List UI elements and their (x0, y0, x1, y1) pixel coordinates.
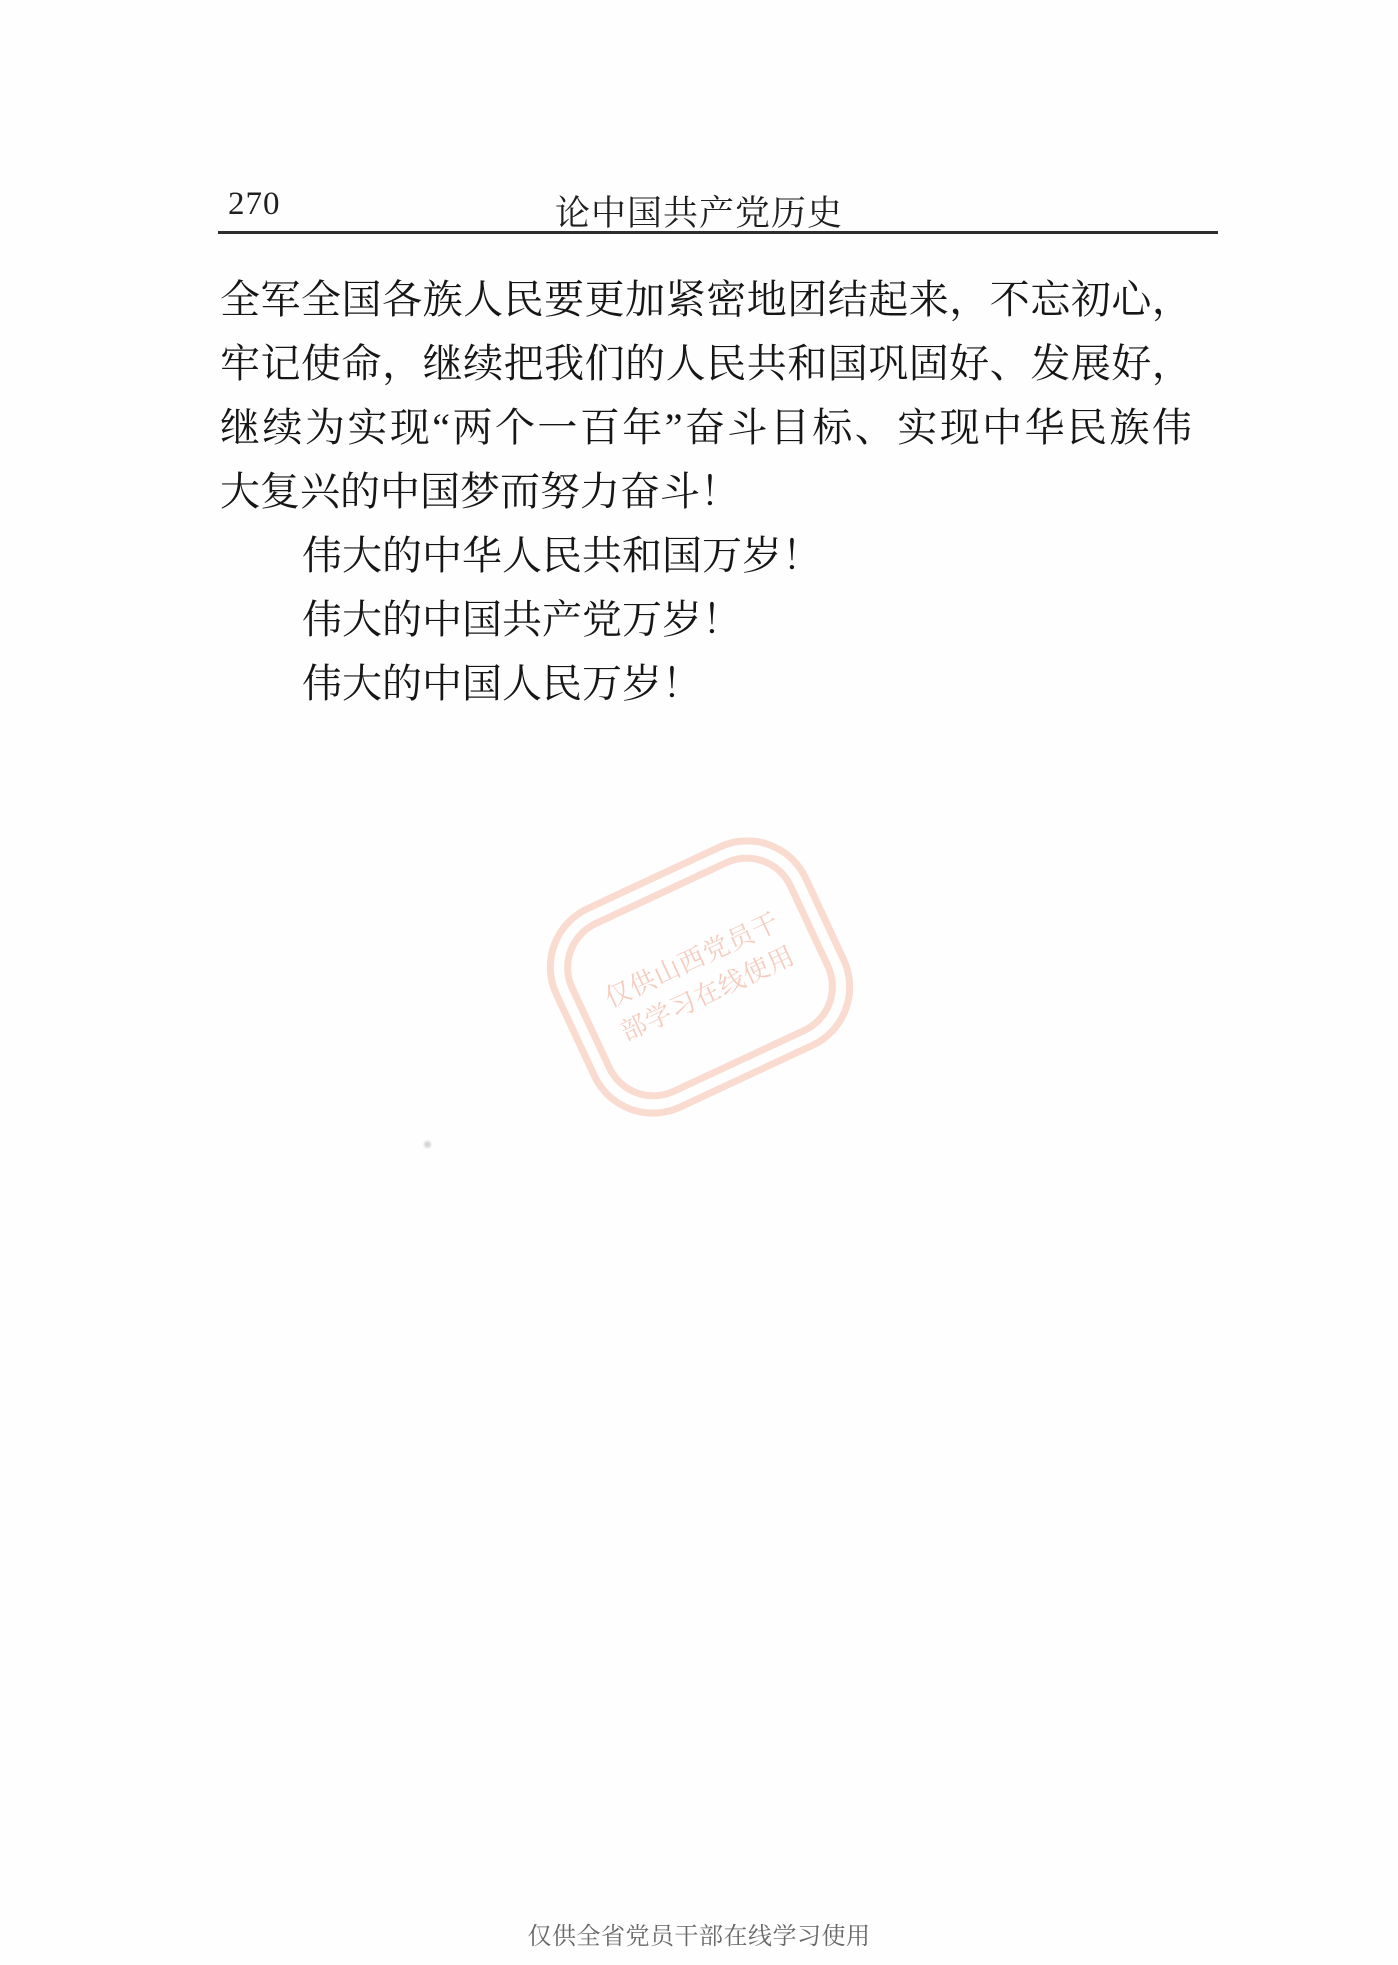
watermark-text-line2: 部学习在线使用 (572, 917, 843, 1070)
body-line: 大复兴的中国梦而努力奋斗！ (220, 460, 1192, 524)
header-rule (218, 231, 1218, 234)
body-text: 全军全国各族人民要更加紧密地团结起来，不忘初心， 牢记使命，继续把我们的人民共和… (220, 268, 1192, 716)
watermark-text-line1: 仅供山西党员干 (557, 884, 828, 1037)
footer-notice: 仅供全省党员干部在线学习使用 (0, 1916, 1398, 1951)
book-title: 论中国共产党历史 (0, 186, 1398, 236)
watermark-stamp: 仅供山西党员干 部学习在线使用 (524, 815, 875, 1139)
body-line-slogan: 伟大的中华人民共和国万岁！ (220, 524, 1192, 588)
watermark-inner-border (547, 838, 853, 1117)
book-page: 270 论中国共产党历史 全军全国各族人民要更加紧密地团结起来，不忘初心， 牢记… (0, 0, 1398, 1965)
body-line-slogan: 伟大的中国共产党万岁！ (220, 588, 1192, 652)
body-line-slogan: 伟大的中国人民万岁！ (220, 652, 1192, 716)
body-line: 继续为实现“两个一百年”奋斗目标、实现中华民族伟 (220, 396, 1192, 460)
watermark-text: 仅供山西党员干 部学习在线使用 (557, 884, 844, 1070)
body-line: 牢记使命，继续把我们的人民共和国巩固好、发展好， (220, 332, 1192, 396)
body-line: 全军全国各族人民要更加紧密地团结起来，不忘初心， (220, 268, 1192, 332)
watermark-outer-border (524, 815, 875, 1139)
scan-speck (424, 1141, 431, 1148)
